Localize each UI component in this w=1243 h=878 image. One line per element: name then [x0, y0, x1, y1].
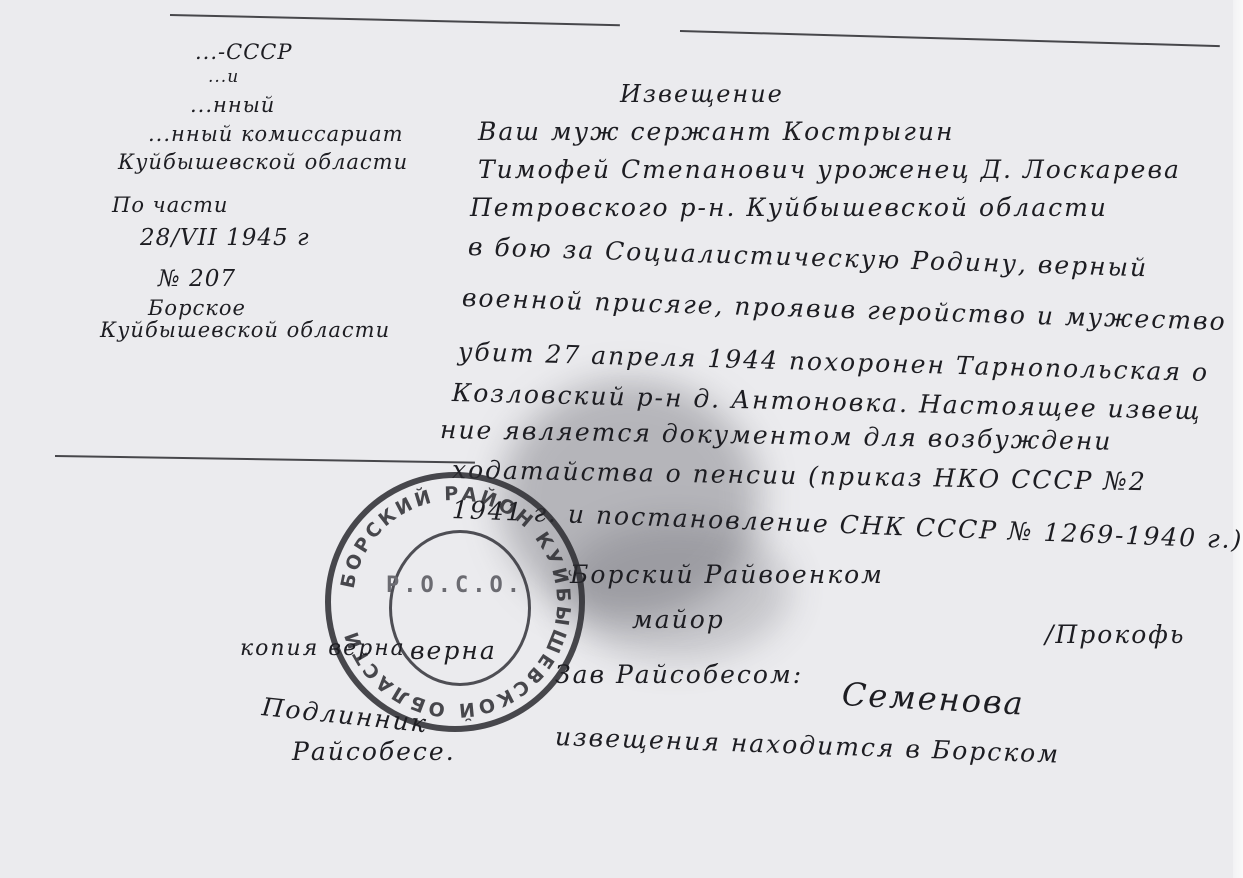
- header-line: Куйбышевской области: [118, 150, 408, 174]
- verified-by-label: Зав Райсобесом:: [555, 660, 803, 689]
- notice-body-line: в бою за Социалистическую Родину, верный: [468, 232, 1149, 282]
- header-line: Куйбышевской области: [100, 318, 390, 342]
- document-number: № 207: [158, 266, 236, 292]
- original-note-end: Райсобесе.: [292, 737, 456, 766]
- notice-body-line: Тимофей Степанович уроженец Д. Лоскарева: [478, 155, 1181, 184]
- original-note-right: извещения находится в Борском: [554, 722, 1060, 769]
- official-stamp: БОРСКИЙ РАЙОН КУЙБЫШЕВСКОЙ ОБЛАСТИ Р.О.С…: [325, 472, 585, 732]
- notice-title: Извещение: [620, 80, 784, 108]
- signatory-office: Борский Райвоенком: [570, 560, 884, 589]
- verifier-signature: Семенова: [841, 675, 1026, 723]
- header-line: ...нный: [190, 93, 275, 117]
- top-fold-line: [170, 14, 620, 26]
- notice-body-line: убит 27 апреля 1944 похоронен Тарнопольс…: [458, 337, 1210, 387]
- top-fold-line: [680, 30, 1220, 47]
- notice-body-line: Петровского р-н. Куйбышевской области: [470, 193, 1108, 222]
- middle-fold-line: [55, 455, 475, 464]
- signatory-signature: /Прокофь: [1045, 620, 1185, 649]
- date-line: 28/VII 1945 г: [140, 225, 310, 251]
- header-line: По части: [112, 193, 228, 217]
- notice-body-line: Ваш муж сержант Кострыгин: [478, 117, 954, 146]
- header-line: Борское: [148, 296, 246, 320]
- header-line: ...и: [208, 67, 239, 87]
- copy-verified-label: копия верна: [240, 636, 406, 661]
- stamp-handwritten-verified: верна: [410, 636, 497, 665]
- signatory-rank: майор: [632, 605, 725, 634]
- scanned-document: ...-СССР ...и ...нный ...нный комиссариа…: [0, 0, 1243, 878]
- toner-smudge: [560, 520, 790, 660]
- header-line: ...-СССР: [195, 40, 292, 64]
- header-line: ...нный комиссариат: [148, 122, 404, 146]
- notice-body-line: военной присяге, проявив геройство и муж…: [462, 283, 1228, 336]
- paper-edge: [1233, 0, 1243, 878]
- stamp-center-text: Р.О.С.О.: [331, 573, 579, 598]
